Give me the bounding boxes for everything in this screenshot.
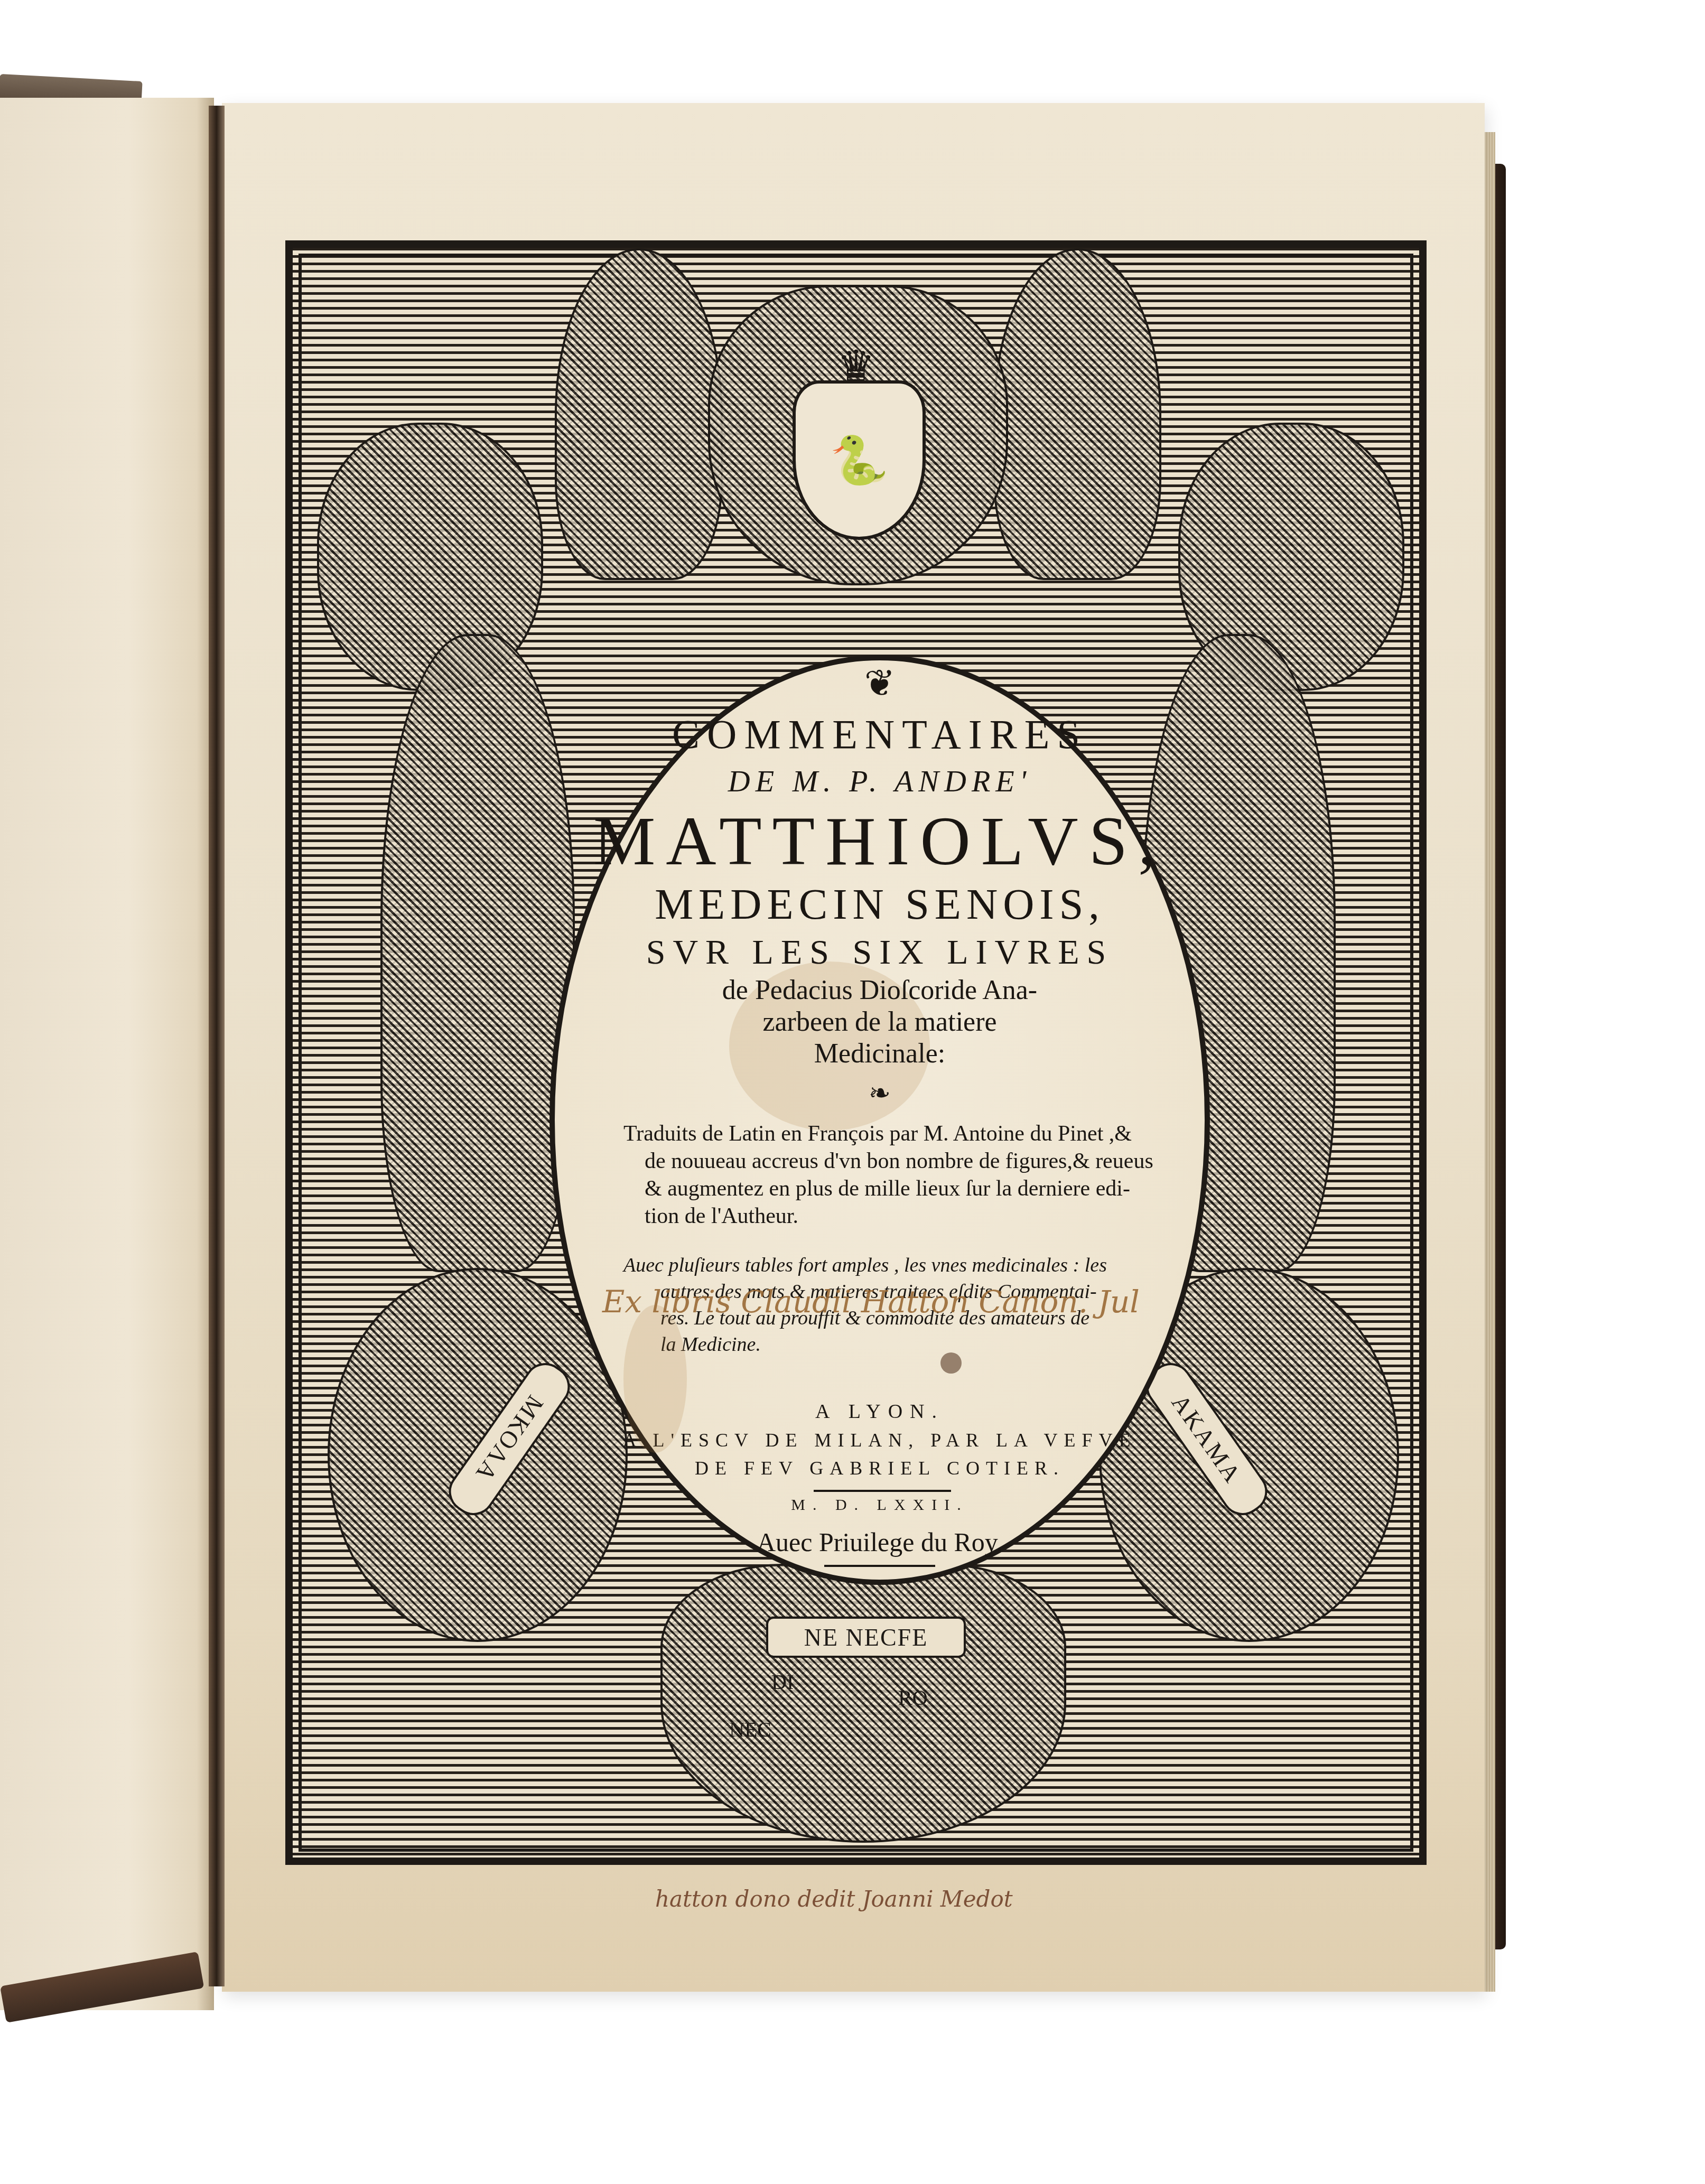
water-stain [623, 1305, 687, 1453]
fleuron-icon: ❦ [549, 661, 1210, 705]
cherub-left-figure [555, 248, 723, 580]
cherub-right-figure [993, 248, 1161, 580]
motto-fragment: DI [771, 1669, 794, 1694]
motto-fragment: RO [898, 1685, 928, 1710]
subtitle-line: de Pedacius Dioſcoride Ana- [549, 975, 1210, 1006]
paragraph-line: tion de l'Autheur. [623, 1202, 1141, 1230]
heraldic-shield-icon: 🐍 [793, 380, 926, 540]
title-line-author-prefix: DE M. P. ANDRE' [549, 763, 1210, 799]
female-figure-left [380, 634, 575, 1272]
paragraph-line: la Medicine. [623, 1331, 1141, 1358]
title-line-medecin: MEDECIN SENOIS, [549, 880, 1210, 929]
imprint-printer: DE FEV GABRIEL COTIER. [549, 1457, 1210, 1479]
divider-rule [814, 1490, 951, 1492]
subtitle-line: zarbeen de la matiere [549, 1006, 1210, 1038]
paragraph-line: & augmentez en plus de mille lieux ſur l… [623, 1175, 1141, 1202]
ink-blot [940, 1352, 962, 1374]
title-line-six-livres: SVR LES SIX LIVRES [549, 932, 1210, 973]
title-line-commentaires: COMMENTAIRES [549, 711, 1210, 758]
printer-device-cartouche [660, 1564, 1066, 1843]
motto-fragment: NEC [729, 1717, 771, 1742]
divider-rule [824, 1565, 935, 1567]
donation-inscription: hatton dono dedit Joanni Medot [655, 1886, 1013, 1912]
title-author-name: MATTHIOLVS, [549, 800, 1210, 881]
left-endpaper [0, 98, 214, 2010]
paragraph-line: Traduits de Latin en François par M. Ant… [623, 1120, 1141, 1147]
subtitle-line: Medicinale: [549, 1038, 1210, 1069]
translation-paragraph: Traduits de Latin en François par M. Ant… [623, 1120, 1141, 1230]
paragraph-line: de nouueau accreus d'vn bon nombre de fi… [623, 1147, 1141, 1175]
imprint-year: M. D. LXXII. [549, 1496, 1210, 1514]
royal-privilege: Auec Priuilege du Roy. [549, 1527, 1210, 1557]
motto-banner: NE NECFE [766, 1617, 966, 1658]
ex-libris-inscription: Ex libris Claudii Hatton Canon. Jul [602, 1284, 1140, 1320]
book-gutter [209, 106, 225, 1986]
paragraph-line: Auec pluſieurs tables fort amples , les … [623, 1252, 1141, 1278]
hedera-icon: ❧ [549, 1078, 1210, 1108]
serpent-icon: 🐍 [830, 433, 889, 488]
